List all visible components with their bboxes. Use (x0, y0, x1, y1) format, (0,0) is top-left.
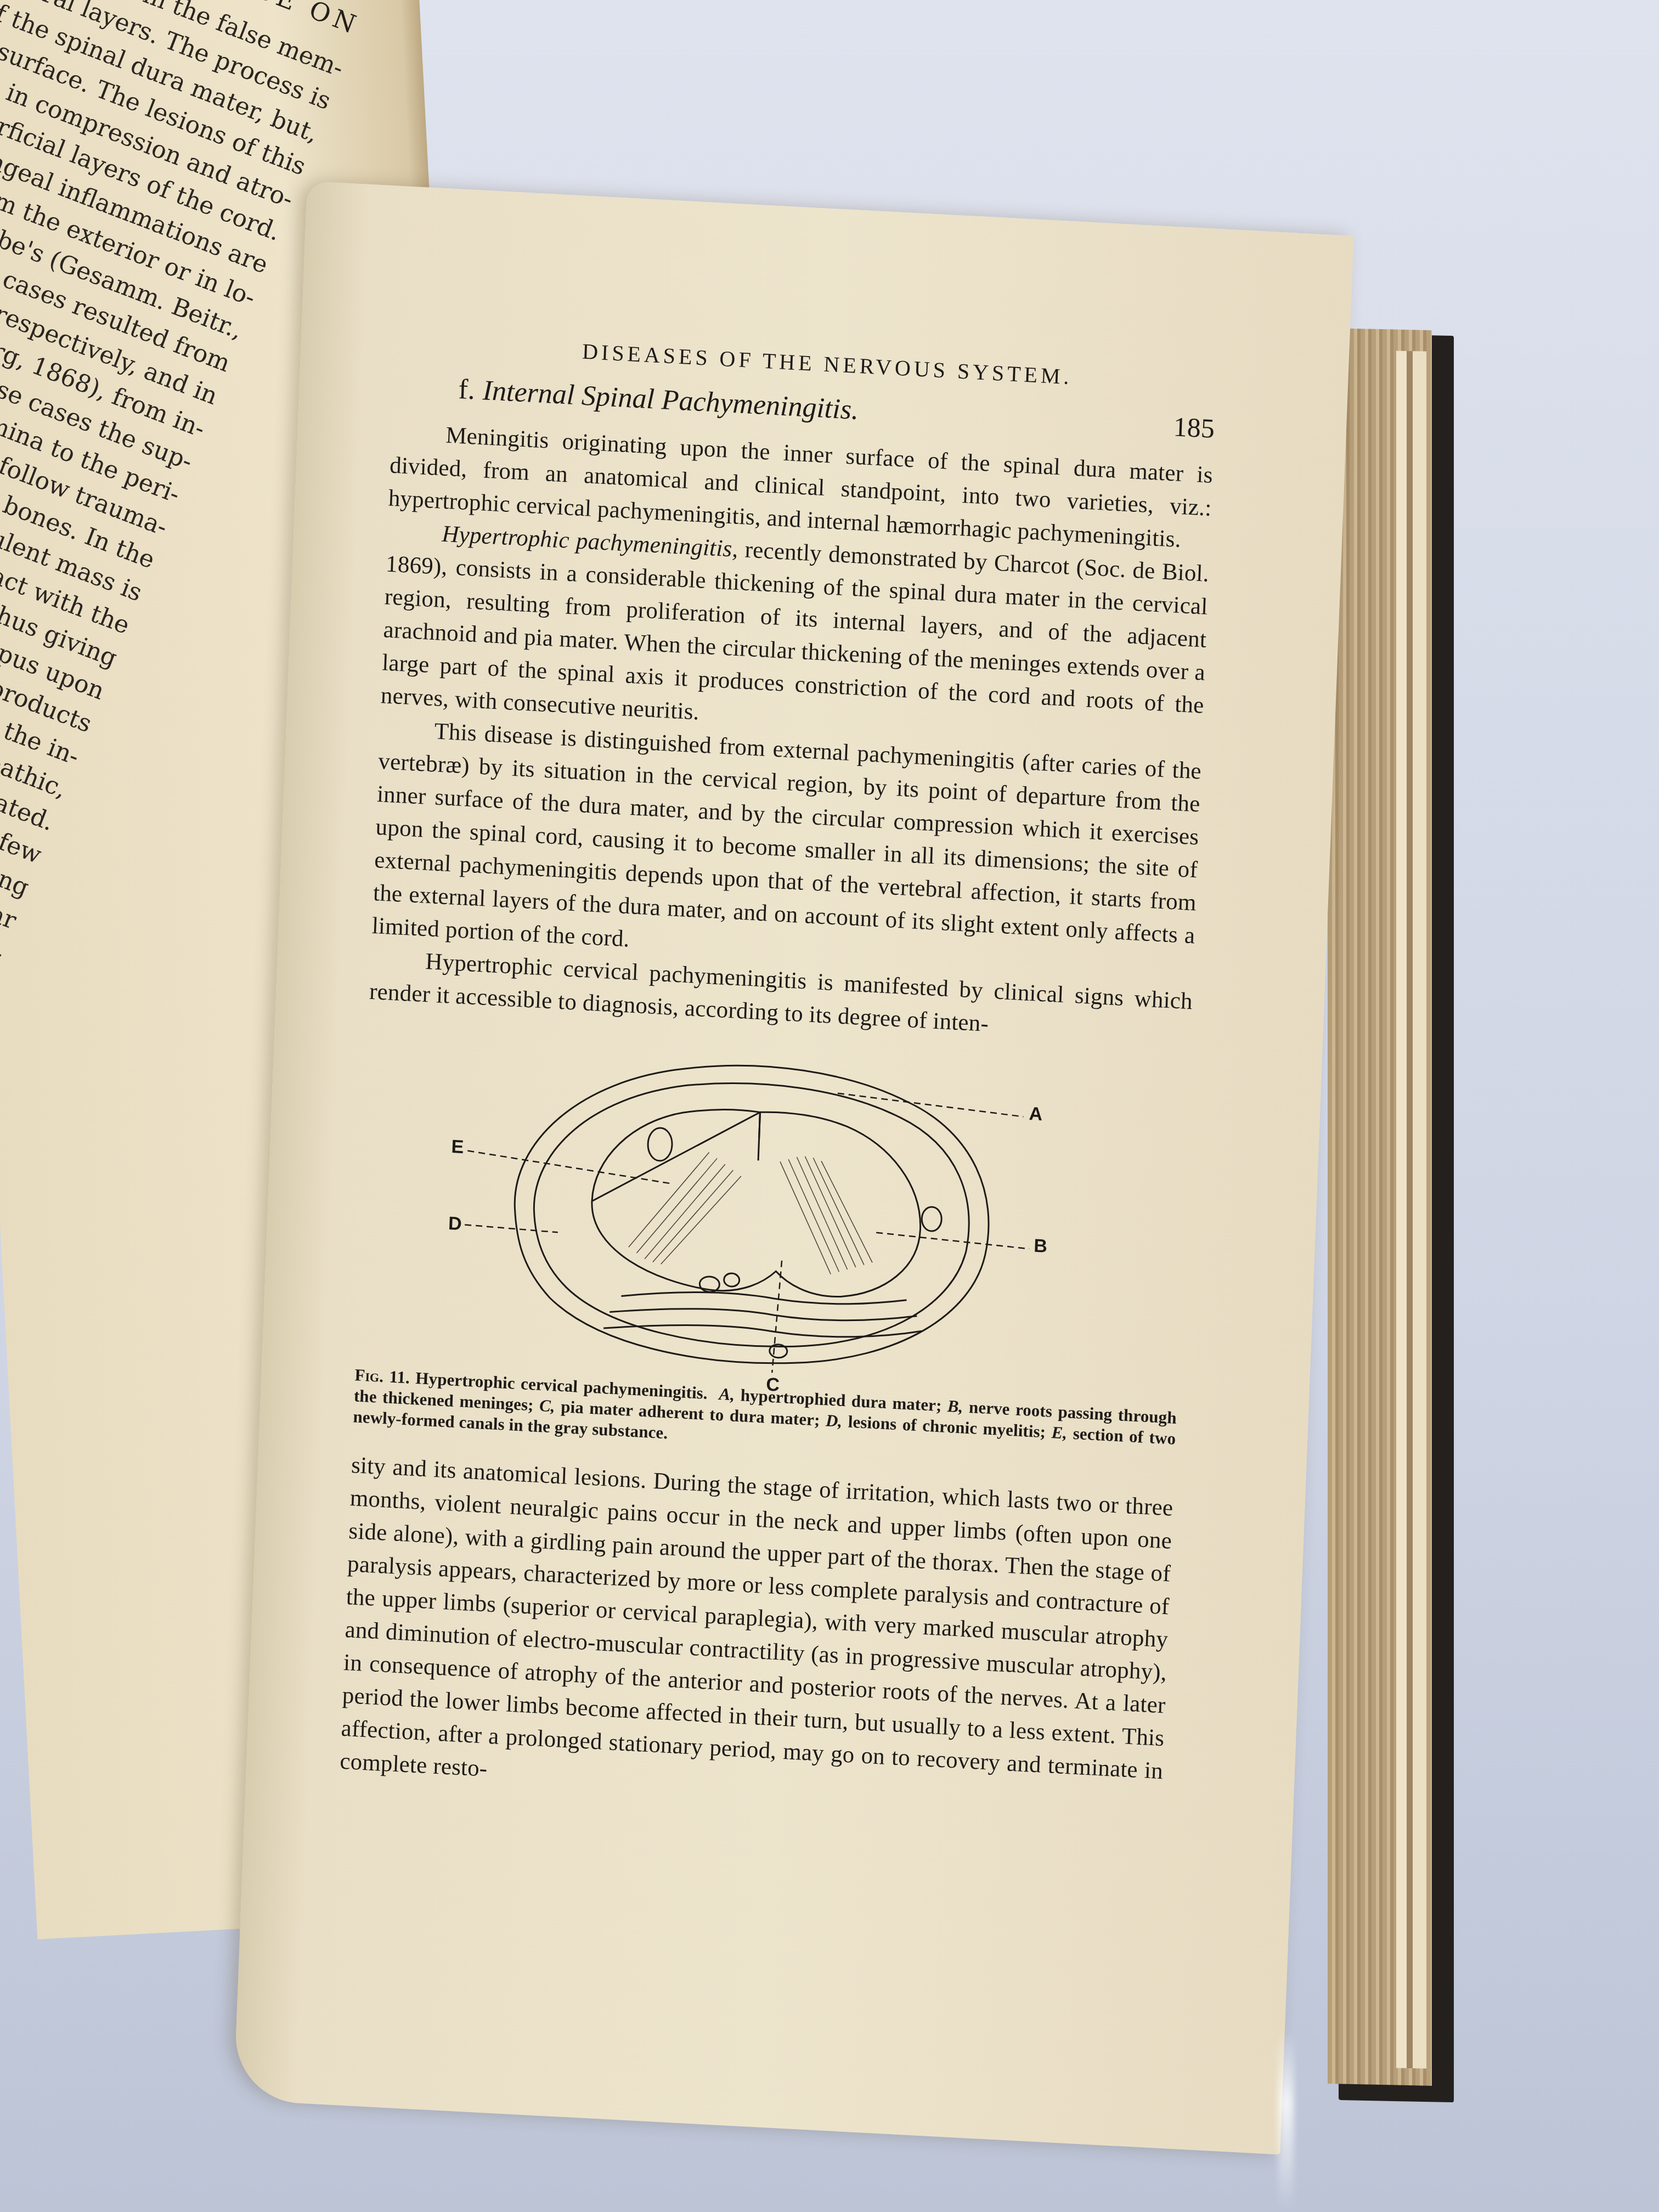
figure-label-a: A (1029, 1103, 1043, 1125)
page-content: DISEASES OF THE NERVOUS SYSTEM. f.Intern… (339, 329, 1217, 1821)
figure-label-b: B (1034, 1235, 1048, 1257)
caption-key-b: B, (947, 1396, 963, 1416)
paragraph-3: This disease is distinguished from exter… (371, 712, 1202, 985)
page-stack-inner-edges (1396, 351, 1426, 2068)
page-number: 185 (1173, 410, 1215, 444)
caption-key-d: D, (825, 1410, 843, 1431)
section-marker: f. (458, 374, 476, 406)
continuation-paragraph: sity and its anatomical lesions. During … (339, 1449, 1173, 1821)
caption-key-a: A, (719, 1384, 735, 1404)
figure-caption-tag: Fig. 11. (354, 1365, 410, 1387)
paragraph-2-body: recently demonstrated by Charcot (Soc. d… (380, 537, 1209, 725)
figure-label-d: D (448, 1213, 462, 1235)
figure-label-c: C (766, 1374, 780, 1396)
book-photo-scene: L TREATISE ON he formation of abscesses … (0, 0, 1659, 2212)
figure-spinal-cord-cross-section: A B C D E (443, 1029, 1103, 1392)
right-page: DISEASES OF THE NERVOUS SYSTEM. f.Intern… (234, 181, 1354, 2154)
section-heading: f.Internal Spinal Pachymeningitis. (458, 373, 860, 426)
figure-label-e: E (451, 1136, 464, 1158)
caption-key-c: C, (539, 1396, 556, 1415)
table-glare (1278, 2030, 1294, 2212)
caption-key-e: E, (1051, 1423, 1068, 1442)
spinal-cord-illustration (443, 1029, 1103, 1392)
section-title: Internal Spinal Pachymeningitis. (482, 375, 859, 426)
